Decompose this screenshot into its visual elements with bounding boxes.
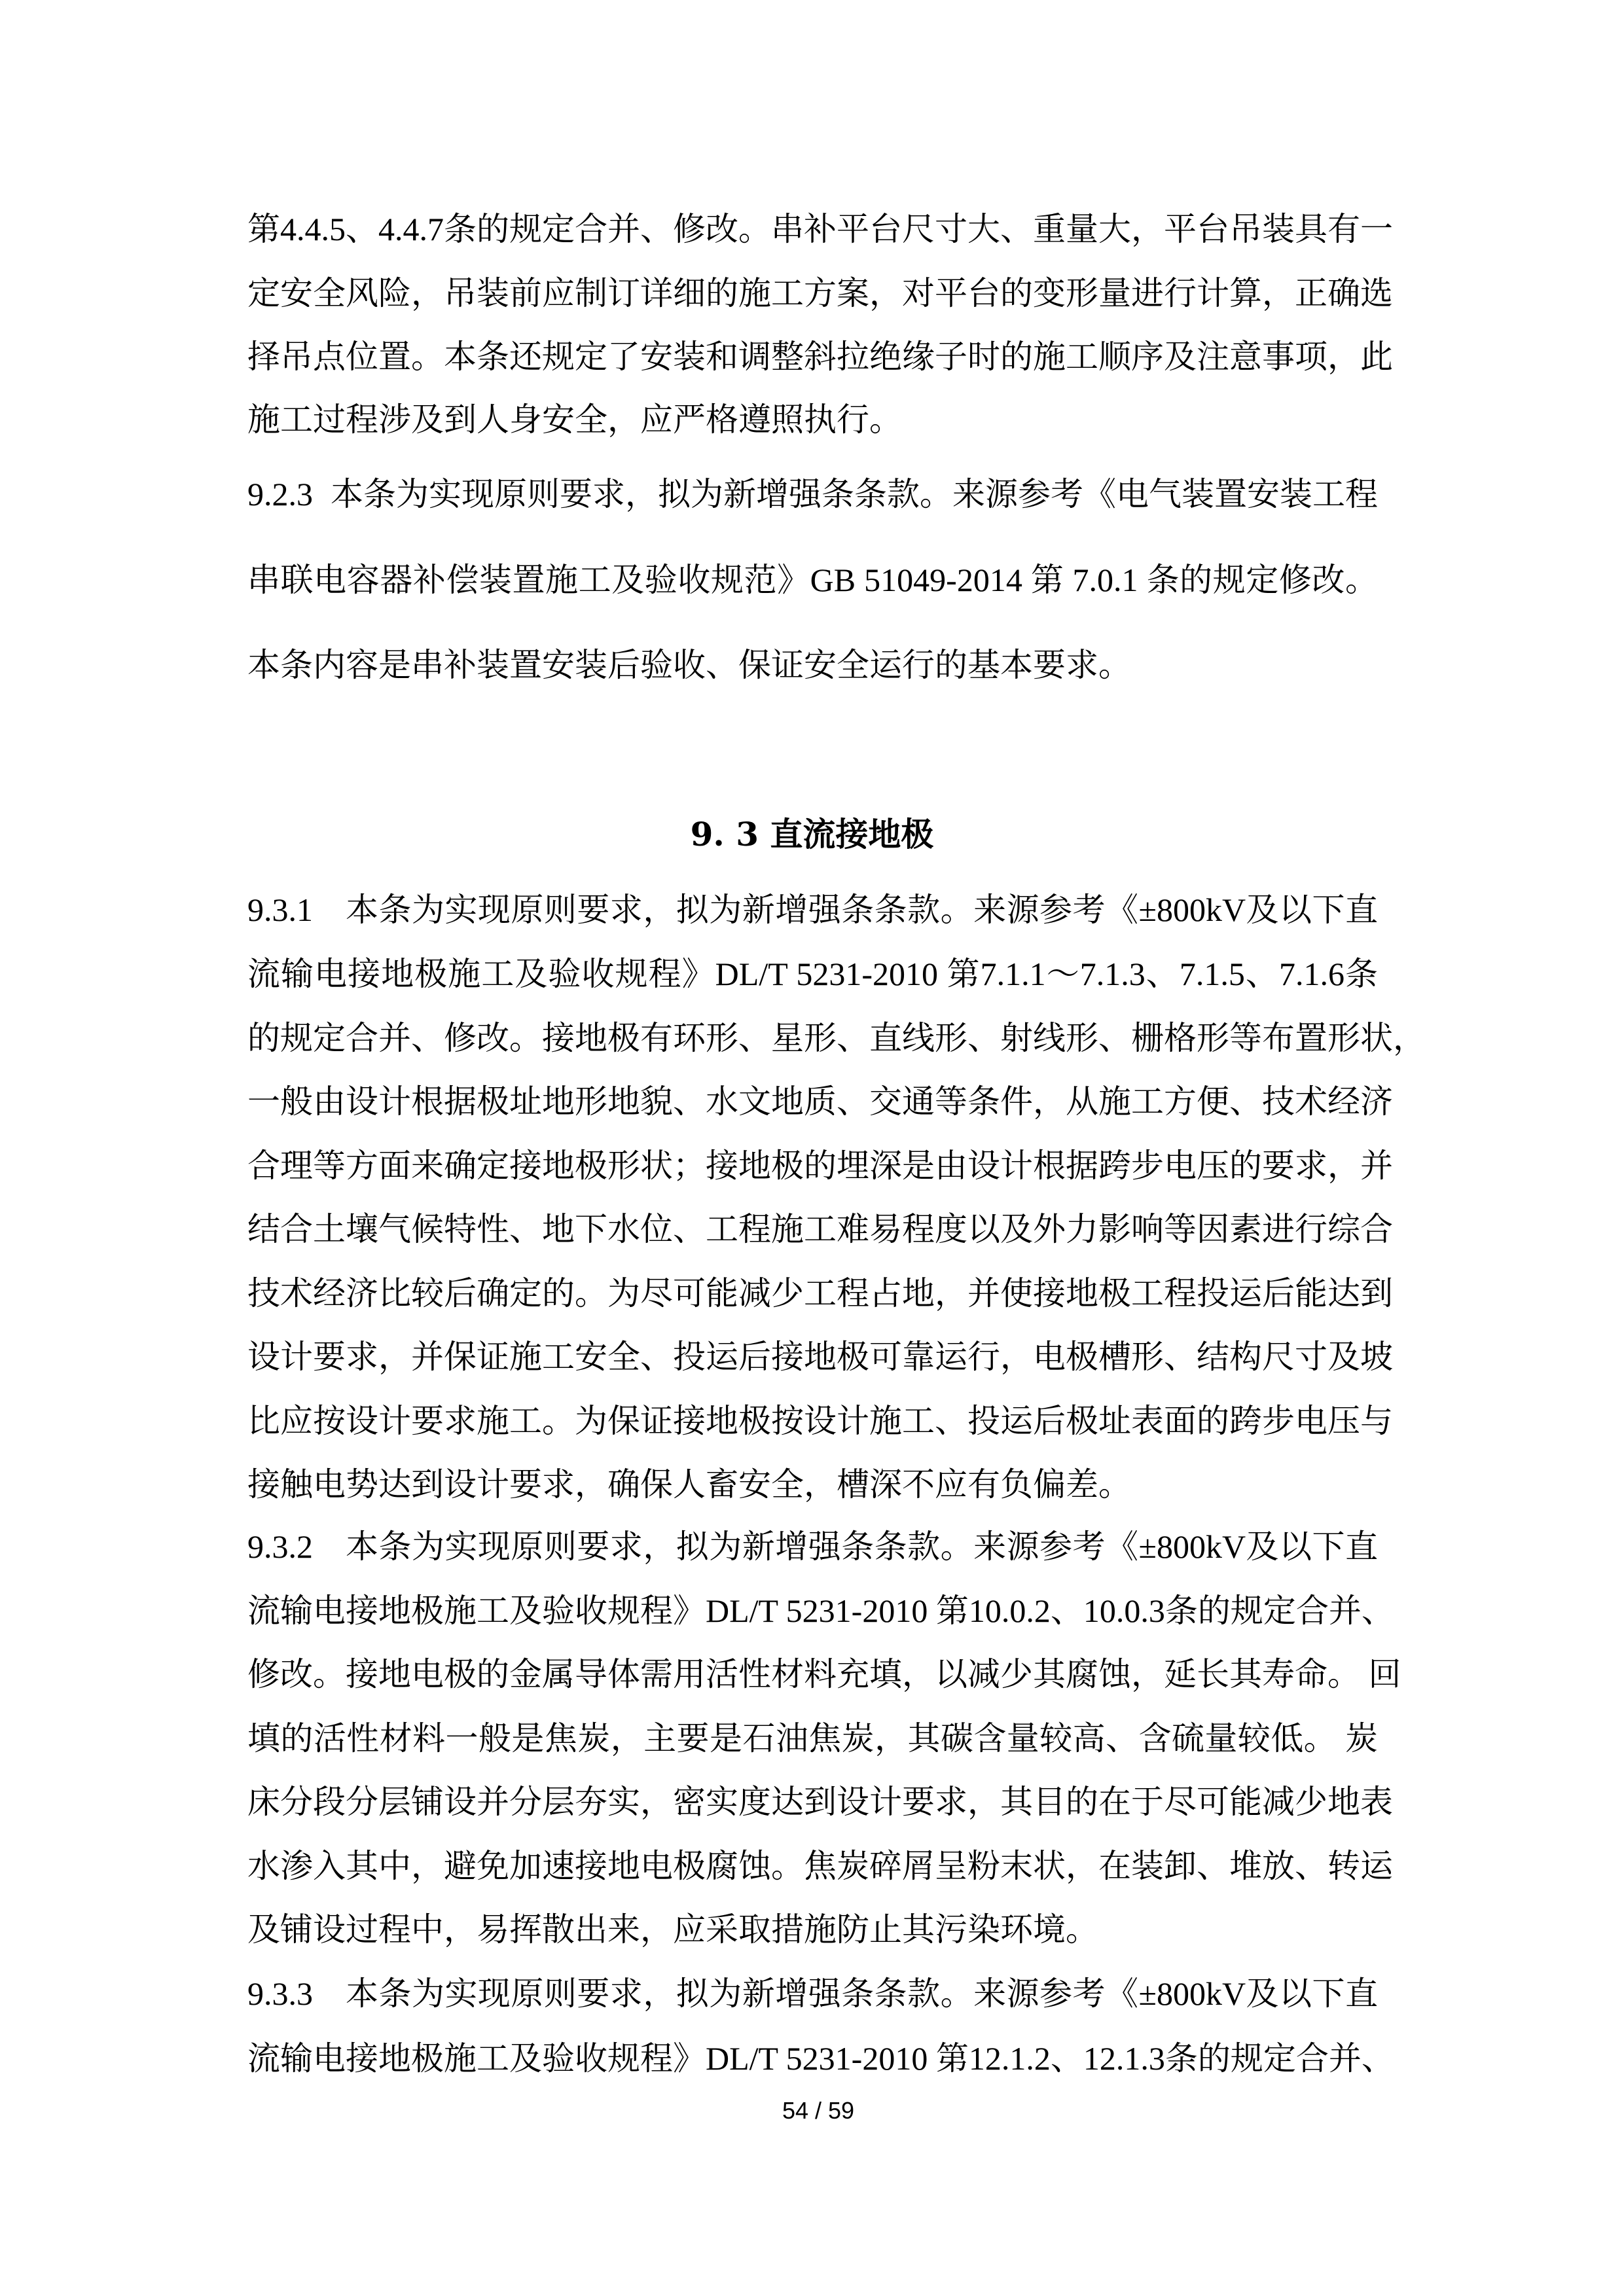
clause-9-3-1-first-line: 9.3.1 本条为实现原则要求，拟为新增强条条款。来源参考《±800kV及以下直 <box>247 891 1378 928</box>
paragraph-line: 接触电势达到设计要求，确保人畜安全，槽深不应有负偏差。 <box>247 1466 1378 1503</box>
paragraph-line: 流输电接地极施工及验收规程》DL/T 5231-2010 第7.1.1～7.1.… <box>247 956 1378 992</box>
clause-9-2-3-first-line: 9.2.3 本条为实现原则要求，拟为新增强条条款。来源参考《电气装置安装工程 <box>247 476 1378 512</box>
clause-9-3-3-first-line: 9.3.3 本条为实现原则要求，拟为新增强条条款。来源参考《±800kV及以下直 <box>247 1975 1378 2012</box>
paragraph-line: 修改。接地电极的金属导体需用活性材料充填，以减少其腐蚀，延长其寿命。 回 <box>247 1656 1378 1693</box>
paragraph-line: 的规定合并、修改。接地极有环形、星形、直线形、射线形、栅格形等布置形状， <box>247 1020 1378 1056</box>
paragraph-text: 本条为实现原则要求，拟为新增强条条款。来源参考《±800kV及以下直 <box>346 1975 1378 2012</box>
paragraph-line: 结合土壤气候特性、地下水位、工程施工难易程度以及外力影响等因素进行综合 <box>247 1211 1378 1247</box>
clause-number: 9.3.2 <box>247 1528 346 1565</box>
clause-9-3-2-first-line: 9.3.2 本条为实现原则要求，拟为新增强条条款。来源参考《±800kV及以下直 <box>247 1528 1378 1565</box>
paragraph-text: 本条为实现原则要求，拟为新增强条条款。来源参考《±800kV及以下直 <box>346 1528 1378 1565</box>
paragraph-line: 比应按设计要求施工。为保证接地极按设计施工、投运后极址表面的跨步电压与 <box>247 1403 1378 1439</box>
paragraph-line: 串联电容器补偿装置施工及验收规范》GB 51049-2014 第 7.0.1 条… <box>247 562 1378 598</box>
document-page: 第4.4.5、4.4.7条的规定合并、修改。串补平台尺寸大、重量大，平台吊装具有… <box>0 0 1624 2296</box>
paragraph-line: 流输电接地极施工及验收规程》DL/T 5231-2010 第12.1.2、12.… <box>247 2040 1378 2077</box>
paragraph-line: 流输电接地极施工及验收规程》DL/T 5231-2010 第10.0.2、10.… <box>247 1592 1378 1629</box>
page-number: 54 / 59 <box>0 2098 1624 2124</box>
paragraph-line: 合理等方面来确定接地极形状；接地极的埋深是由设计根据跨步电压的要求，并 <box>247 1147 1378 1184</box>
paragraph-line: 定安全风险，吊装前应制订详细的施工方案，对平台的变形量进行计算，正确选 <box>247 275 1378 312</box>
paragraph-line: 施工过程涉及到人身安全，应严格遵照执行。 <box>247 401 1378 438</box>
paragraph-line: 本条内容是串补装置安装后验收、保证安全运行的基本要求。 <box>247 647 1378 683</box>
paragraph-text: 本条为实现原则要求，拟为新增强条条款。来源参考《±800kV及以下直 <box>346 891 1378 928</box>
paragraph-line: 第4.4.5、4.4.7条的规定合并、修改。串补平台尺寸大、重量大，平台吊装具有… <box>247 211 1378 247</box>
paragraph-line: 水渗入其中，避免加速接地电极腐蚀。焦炭碎屑呈粉末状，在装卸、堆放、转运 <box>247 1848 1378 1884</box>
clause-number: 9.3.1 <box>247 891 346 928</box>
paragraph-line: 一般由设计根据极址地形地貌、水文地质、交通等条件，从施工方便、技术经济 <box>247 1083 1378 1120</box>
paragraph-text: 本条为实现原则要求，拟为新增强条条款。来源参考《电气装置安装工程 <box>331 476 1378 512</box>
paragraph-line: 技术经济比较后确定的。为尽可能减少工程占地，并使接地极工程投运后能达到 <box>247 1275 1378 1312</box>
clause-number: 9.2.3 <box>247 476 331 512</box>
section-heading: 9. 3 直流接地极 <box>0 816 1624 853</box>
paragraph-line: 设计要求，并保证施工安全、投运后接地极可靠运行，电极槽形、结构尺寸及坡 <box>247 1338 1378 1375</box>
paragraph-line: 及铺设过程中，易挥散出来，应采取措施防止其污染环境。 <box>247 1911 1378 1948</box>
paragraph-line: 择吊点位置。本条还规定了安装和调整斜拉绝缘子时的施工顺序及注意事项，此 <box>247 338 1378 375</box>
paragraph-line: 床分段分层铺设并分层夯实，密实度达到设计要求，其目的在于尽可能减少地表 <box>247 1784 1378 1820</box>
clause-number: 9.3.3 <box>247 1975 346 2012</box>
paragraph-line: 填的活性材料一般是焦炭，主要是石油焦炭，其碳含量较高、含硫量较低。 炭 <box>247 1720 1378 1757</box>
